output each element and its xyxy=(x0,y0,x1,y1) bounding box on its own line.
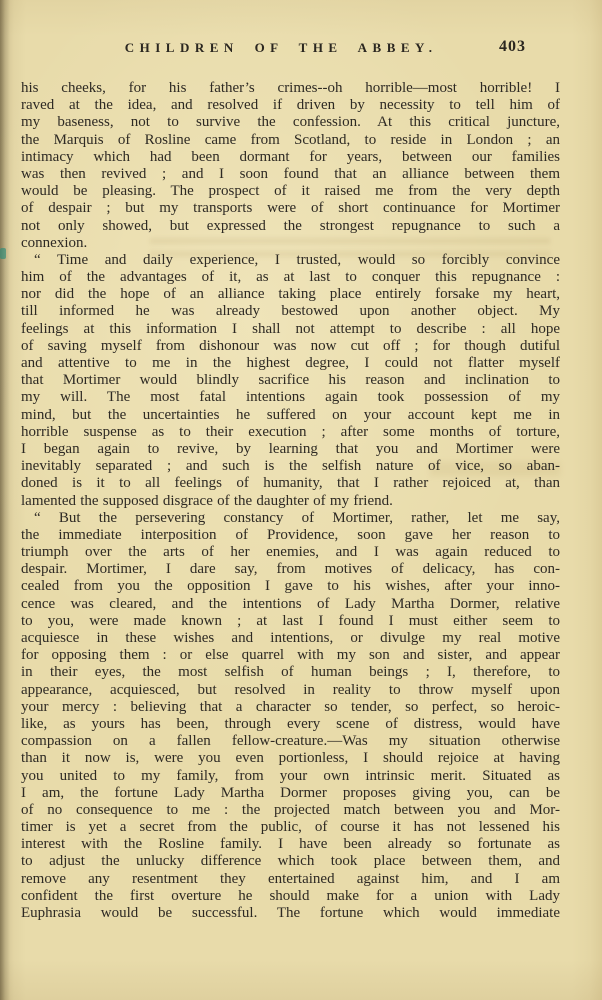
ink-speck xyxy=(0,248,6,259)
text-line: of no consequence to me : the projected … xyxy=(21,802,560,819)
text-line: inevitably separated ; and such is the s… xyxy=(21,458,560,475)
text-line: interest with the Rosline family. I have… xyxy=(21,836,560,853)
text-line: till informed he was already bestowed up… xyxy=(21,303,560,320)
text-line: in their eyes, the most selfish of human… xyxy=(21,664,560,681)
text-line: like, as yours has been, through every s… xyxy=(21,716,560,733)
text-line: his cheeks, for his father’s crimes--oh … xyxy=(21,80,560,97)
text-line: lamented the supposed disgrace of the da… xyxy=(21,493,560,510)
text-line: acquiesce in these wishes and intentions… xyxy=(21,630,560,647)
text-line: remove any resentment they entertained a… xyxy=(21,871,560,888)
text-line: cealed from you the opposition I gave to… xyxy=(21,578,560,595)
text-line: connexion. xyxy=(21,235,560,252)
page-header: CHILDREN OF THE ABBEY. 403 xyxy=(21,38,560,60)
text-line: triumph over the arts of her enemies, an… xyxy=(21,544,560,561)
text-line: cence was cleared, and the intentions of… xyxy=(21,596,560,613)
text-line: “ Time and daily experience, I trusted, … xyxy=(21,252,560,269)
text-line: raved at the idea, and resolved if drive… xyxy=(21,97,560,114)
text-line: to you, were made known ; at last I foun… xyxy=(21,613,560,630)
text-line: mind, but the uncertainties he suffered … xyxy=(21,407,560,424)
text-line: my baseness, not to survive the confessi… xyxy=(21,114,560,131)
text-line: was then revived ; and I soon found that… xyxy=(21,166,560,183)
book-page: CHILDREN OF THE ABBEY. 403 his cheeks, f… xyxy=(0,0,602,1000)
page-body: his cheeks, for his father’s crimes--oh … xyxy=(21,80,560,922)
page-gutter-shadow xyxy=(0,0,10,1000)
text-line: of saving myself from dishonour was now … xyxy=(21,338,560,355)
running-title: CHILDREN OF THE ABBEY. xyxy=(125,40,438,56)
text-line: for opposing them : or else quarrel with… xyxy=(21,647,560,664)
text-line: to adjust the unlucky difference which t… xyxy=(21,853,560,870)
text-line: of despair ; but my transports were of s… xyxy=(21,200,560,217)
page-number: 403 xyxy=(499,38,526,56)
text-line: horrible suspense as to their execution … xyxy=(21,424,560,441)
text-line: would be pleasing. The prospect of it ra… xyxy=(21,183,560,200)
text-line: I am, the fortune Lady Martha Dormer pro… xyxy=(21,785,560,802)
text-line: nor did the hope of an alliance taking p… xyxy=(21,286,560,303)
text-line: confident the first overture he should m… xyxy=(21,888,560,905)
text-line: I began again to revive, by learning tha… xyxy=(21,441,560,458)
text-line: not only showed, but expressed the stron… xyxy=(21,218,560,235)
text-line: that Mortimer would blindly sacrifice hi… xyxy=(21,372,560,389)
text-line: and attentive to me in the highest degre… xyxy=(21,355,560,372)
text-line: your mercy : believing that a character … xyxy=(21,699,560,716)
text-line: than it now is, were you even portionles… xyxy=(21,750,560,767)
text-line: despair. Mortimer, I dare say, from moti… xyxy=(21,561,560,578)
text-line: intimacy which had been dormant for year… xyxy=(21,149,560,166)
text-line: doned is it to all feelings of humanity,… xyxy=(21,475,560,492)
text-line: “ But the persevering constancy of Morti… xyxy=(21,510,560,527)
text-line: compassion on a fallen fellow-creature.—… xyxy=(21,733,560,750)
text-line: timer is yet a secret from the public, o… xyxy=(21,819,560,836)
text-line: Euphrasia would be successful. The fortu… xyxy=(21,905,560,922)
text-line: the immediate interposition of Providenc… xyxy=(21,527,560,544)
text-line: the Marquis of Rosline came from Scotlan… xyxy=(21,132,560,149)
text-line: appearance, acquiesced, but resolved in … xyxy=(21,682,560,699)
text-line: you united to my family, from your own i… xyxy=(21,768,560,785)
text-line: feelings at this information I shall not… xyxy=(21,321,560,338)
text-line: him of the advantages of it, as at last … xyxy=(21,269,560,286)
text-line: my will. The most fatal intentions again… xyxy=(21,389,560,406)
